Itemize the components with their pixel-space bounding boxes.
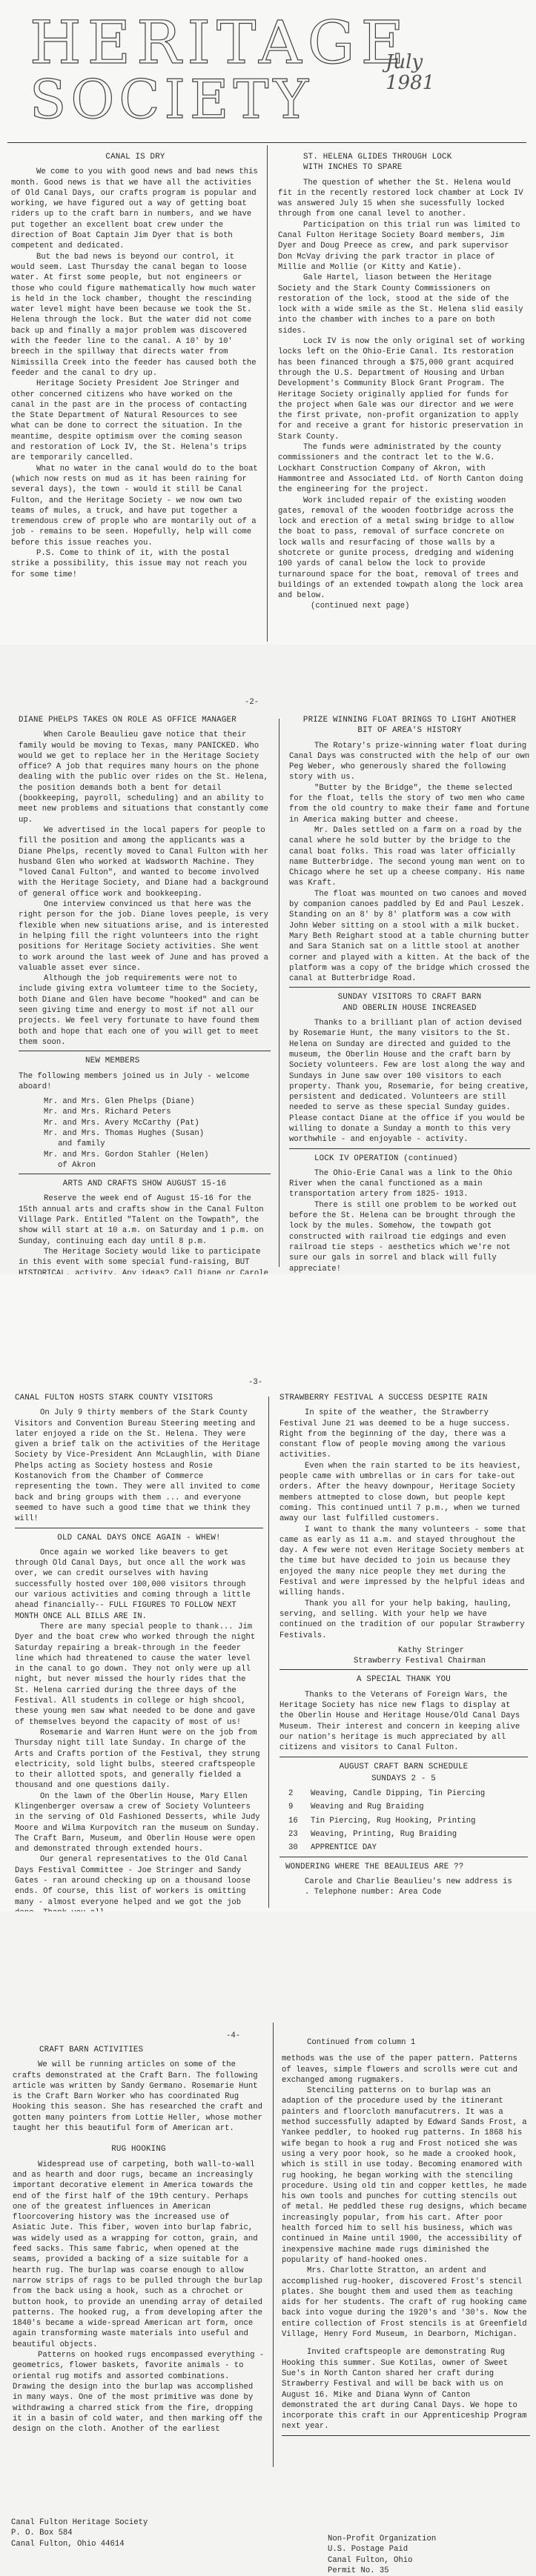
- schedule-day: 23: [288, 1829, 311, 1840]
- schedule-activity: APPRENTICE DAY: [311, 1843, 377, 1853]
- article-paragraph: Thank you all for your help baking, haul…: [279, 1599, 528, 1641]
- article-paragraph: One interview convinced us that here was…: [19, 899, 271, 974]
- signature-name: Kathy Stringer: [398, 1645, 528, 1656]
- page-number: -3-: [248, 1378, 262, 1387]
- article-paragraph: P.S. Come to think of it, with the posta…: [11, 548, 259, 580]
- title-line: SUNDAY VISITORS TO CRAFT BARN: [338, 993, 482, 1002]
- article-paragraph: What no water in the canal would do to t…: [11, 464, 259, 548]
- article-title: A SPECIAL THANK YOU: [279, 1674, 528, 1685]
- article-title: ARTS AND CRAFTS SHOW AUGUST 15-16: [19, 1179, 271, 1189]
- title-line: PRIZE WINNING FLOAT BRINGS TO LIGHT ANOT…: [303, 716, 516, 725]
- article-paragraph: There are many special people to thank..…: [15, 1622, 263, 1728]
- schedule-row: 30APPRENTICE DAY: [288, 1843, 528, 1853]
- article-paragraph: Reserve the week end of August 15-16 for…: [19, 1194, 271, 1246]
- article-paragraph: Invited craftspeople are demonstrating R…: [282, 2347, 530, 2432]
- title-line: BIT OF AREA'S HISTORY: [357, 726, 461, 735]
- section-rule: [15, 1528, 263, 1528]
- article-title: CANAL IS DRY: [11, 152, 259, 162]
- schedule-activity: Weaving, Candle Dipping, Tin Piercing: [311, 1788, 485, 1799]
- schedule-activity: Tin Piercing, Rug Hooking, Printing: [311, 1816, 476, 1826]
- return-address-line: Canal Fulton Heritage Society: [11, 2517, 148, 2528]
- page-1: HERITAGE SOCIETY July 1981 CANAL IS DRY …: [0, 0, 536, 645]
- article-title: OLD CANAL DAYS ONCE AGAIN - WHEW!: [15, 1533, 263, 1543]
- article-craft-barn: CRAFT BARN ACTIVITIES We will be running…: [13, 2045, 265, 2434]
- article-paragraph: Lock IV is now the only original set of …: [278, 336, 526, 442]
- page-number: -2-: [245, 698, 259, 707]
- section-rule: [289, 1148, 530, 1149]
- section-rule: [279, 1757, 528, 1757]
- signature-title: Strawberry Festival Chairman: [354, 1656, 528, 1666]
- article-paragraph: When Carole Beaulieu gave notice that th…: [19, 730, 271, 825]
- masthead-year: 1981: [386, 73, 434, 93]
- article-title: PRIZE WINNING FLOAT BRINGS TO LIGHT ANOT…: [289, 715, 530, 736]
- article-paragraph: There is still one problem to be worked …: [289, 1200, 530, 1274]
- article-canal-is-dry: CANAL IS DRY We come to you with good ne…: [11, 152, 259, 580]
- article-paragraph: "Butter by the Bridge", the theme select…: [289, 783, 530, 825]
- return-address-line: Canal Fulton, Ohio 44614: [11, 2539, 148, 2549]
- article-paragraph: Mr. Dales settled on a farm on a road by…: [289, 825, 530, 889]
- schedule-subtitle: SUNDAYS 2 - 5: [279, 1774, 528, 1784]
- masthead-rule: [7, 142, 526, 143]
- schedule-day: 9: [288, 1802, 311, 1812]
- article-paragraph: Although the job requirements were not t…: [19, 974, 271, 1048]
- article-paragraph: Our general representatives to the Old C…: [15, 1854, 263, 1918]
- article-paragraph: Widespread use of carpeting, both wall-t…: [13, 2160, 265, 2350]
- article-paragraph: The Rotary's prize-winning water float d…: [289, 741, 530, 783]
- article-paragraph: In spite of the weather, the Strawberry …: [279, 1408, 528, 1460]
- section-rule: [289, 987, 530, 988]
- title-line: ST. HELENA GLIDES THROUGH LOCK: [303, 153, 451, 162]
- section-rule: [19, 1051, 271, 1051]
- schedule-row: 2Weaving, Candle Dipping, Tin Piercing: [288, 1788, 528, 1799]
- continued-note: (continued next page): [285, 601, 526, 611]
- new-members-intro: The following members joined us in July …: [19, 1071, 271, 1093]
- member-item: Mr. and Mrs. Avery McCarthy (Pat): [44, 1118, 271, 1128]
- article-title: STRAWBERRY FESTIVAL A SUCCESS DESPITE RA…: [279, 1393, 528, 1403]
- article-paragraph: The Ohio-Erie Canal was a link to the Oh…: [289, 1168, 530, 1200]
- article-paragraph: Work included repair of the existing woo…: [278, 496, 526, 602]
- masthead-title-society: SOCIETY: [30, 73, 415, 126]
- return-address: Canal Fulton Heritage Society P. O. Box …: [11, 2517, 148, 2549]
- masthead-date: July 1981: [386, 52, 434, 93]
- schedule-row: 16Tin Piercing, Rug Hooking, Printing: [288, 1816, 528, 1826]
- article-strawberry-festival: STRAWBERRY FESTIVAL A SUCCESS DESPITE RA…: [279, 1393, 528, 1897]
- article-title: RUG HOOKING: [13, 2144, 265, 2154]
- article-paragraph: On the lawn of the Oberlin House, Mary E…: [15, 1791, 263, 1855]
- article-paragraph: Participation on this trial run was limi…: [278, 220, 526, 273]
- section-rule: [279, 1669, 528, 1670]
- section-rule: [279, 1857, 528, 1857]
- postage-line: Permit No. 35: [328, 2566, 436, 2576]
- article-title: ST. HELENA GLIDES THROUGH LOCK WITH INCH…: [303, 152, 526, 173]
- article-paragraph: Thanks to a brilliant plan of action dev…: [289, 1018, 530, 1145]
- craft-schedule: 2Weaving, Candle Dipping, Tin Piercing 9…: [288, 1788, 528, 1853]
- postage-line: Canal Fulton, Ohio: [328, 2555, 436, 2566]
- article-prize-float: PRIZE WINNING FLOAT BRINGS TO LIGHT ANOT…: [289, 715, 530, 1274]
- article-stark-visitors: CANAL FULTON HOSTS STARK COUNTY VISITORS…: [15, 1393, 263, 1918]
- article-paragraph: Mrs. Charlotte Stratton, an ardent and a…: [282, 2266, 530, 2340]
- return-address-line: P. O. Box 584: [11, 2528, 148, 2538]
- article-paragraph: Once again we worked like beavers to get…: [15, 1548, 263, 1622]
- article-paragraph: Patterns on hooked rugs encompassed ever…: [13, 2350, 265, 2434]
- article-paragraph: Gale Hartel, liason between the Heritage…: [278, 273, 526, 336]
- section-rule: [19, 1174, 271, 1174]
- article-paragraph: . Telephone number: Area Code: [279, 1887, 528, 1897]
- section-rule: [282, 2435, 530, 2436]
- article-paragraph: On July 9 thirty members of the Stark Co…: [15, 1408, 263, 1524]
- schedule-day: 2: [288, 1788, 311, 1799]
- column-divider: [273, 2023, 274, 2467]
- postage-line: U.S. Postage Paid: [328, 2544, 436, 2555]
- article-rug-hooking-continued: Continued from column 1 methods was the …: [282, 2037, 530, 2440]
- article-paragraph: The float was mounted on two canoes and …: [289, 889, 530, 985]
- title-line: AND OBERLIN HOUSE INCREASED: [343, 1004, 476, 1013]
- schedule-row: 9Weaving and Rug Braiding: [288, 1802, 528, 1812]
- page-4: -4- CRAFT BARN ACTIVITIES We will be run…: [0, 1911, 536, 2576]
- article-title: LOCK IV OPERATION (continued): [314, 1154, 530, 1164]
- article-paragraph: But the bad news is beyond our control, …: [11, 252, 259, 379]
- member-item: Mr. and Mrs. Glen Phelps (Diane): [44, 1096, 271, 1107]
- section-title: NEW MEMBERS: [85, 1056, 271, 1066]
- article-paragraph: We will be running articles on some of t…: [13, 2060, 265, 2134]
- article-title: CANAL FULTON HOSTS STARK COUNTY VISITORS: [15, 1393, 263, 1403]
- article-title: DIANE PHELPS TAKES ON ROLE AS OFFICE MAN…: [19, 715, 271, 725]
- article-title: SUNDAY VISITORS TO CRAFT BARN AND OBERLI…: [289, 992, 530, 1014]
- schedule-row: 23Weaving, Printing, Rug Braiding: [288, 1829, 528, 1840]
- article-paragraph: The funds were administrated by the coun…: [278, 442, 526, 495]
- page-3: -3- CANAL FULTON HOSTS STARK COUNTY VISI…: [0, 1274, 536, 1911]
- article-paragraph: Rosemarie and Warren Hunt were on the jo…: [15, 1728, 263, 1791]
- page-2: -2- DIANE PHELPS TAKES ON ROLE AS OFFICE…: [0, 645, 536, 1274]
- schedule-title: AUGUST CRAFT BARN SCHEDULE: [279, 1762, 528, 1772]
- column-divider: [267, 145, 268, 642]
- schedule-activity: Weaving and Rug Braiding: [311, 1802, 424, 1812]
- masthead: HERITAGE SOCIETY: [30, 13, 415, 124]
- schedule-day: 30: [288, 1843, 311, 1853]
- article-paragraph: Stenciling patterns on to burlap was an …: [282, 2086, 530, 2266]
- member-list: Mr. and Mrs. Glen Phelps (Diane) Mr. and…: [44, 1096, 271, 1171]
- article-paragraph: Heritage Society President Joe Stringer …: [11, 379, 259, 463]
- article-st-helena: ST. HELENA GLIDES THROUGH LOCK WITH INCH…: [278, 152, 526, 612]
- article-paragraph: The question of whether the St. Helena w…: [278, 178, 526, 220]
- article-paragraph: We come to you with good news and bad ne…: [11, 167, 259, 251]
- schedule-day: 16: [288, 1816, 311, 1826]
- article-paragraph: I want to thank the many volunteers - so…: [279, 1525, 528, 1599]
- article-paragraph: Carole and Charlie Beaulieu's new addres…: [279, 1877, 528, 1887]
- masthead-month: July: [386, 52, 434, 73]
- article-paragraph: We advertised in the local papers for pe…: [19, 825, 271, 899]
- schedule-activity: Weaving, Printing, Rug Braiding: [311, 1829, 457, 1840]
- article-diane-phelps: DIANE PHELPS TAKES ON ROLE AS OFFICE MAN…: [19, 715, 271, 1289]
- member-item: Mr. and Mrs. Thomas Hughes (Susan) and f…: [44, 1128, 271, 1150]
- article-paragraph: methods was the use of the paper pattern…: [282, 2054, 530, 2086]
- postage-line: Non-Profit Organization: [328, 2534, 436, 2544]
- masthead-title-heritage: HERITAGE: [30, 13, 415, 73]
- article-paragraph: Thanks to the Veterans of Foreign Wars, …: [279, 1690, 528, 1754]
- article-title: WONDERING WHERE THE BEAULIEUS ARE ??: [285, 1862, 528, 1872]
- page-number: -4-: [226, 2031, 240, 2040]
- article-title: CRAFT BARN ACTIVITIES: [39, 2045, 265, 2055]
- title-line: WITH INCHES TO SPARE: [303, 163, 403, 172]
- article-paragraph: Even when the rain started to be its hea…: [279, 1461, 528, 1525]
- column-divider: [268, 1397, 269, 1908]
- member-item: Mr. and Mrs. Richard Peters: [44, 1107, 271, 1117]
- postage-indicia: Non-Profit Organization U.S. Postage Pai…: [328, 2534, 436, 2576]
- continued-label: Continued from column 1: [282, 2037, 530, 2048]
- column-divider: [279, 719, 279, 1267]
- member-item: Mr. and Mrs. Gordon Stahler (Helen) of A…: [44, 1150, 271, 1171]
